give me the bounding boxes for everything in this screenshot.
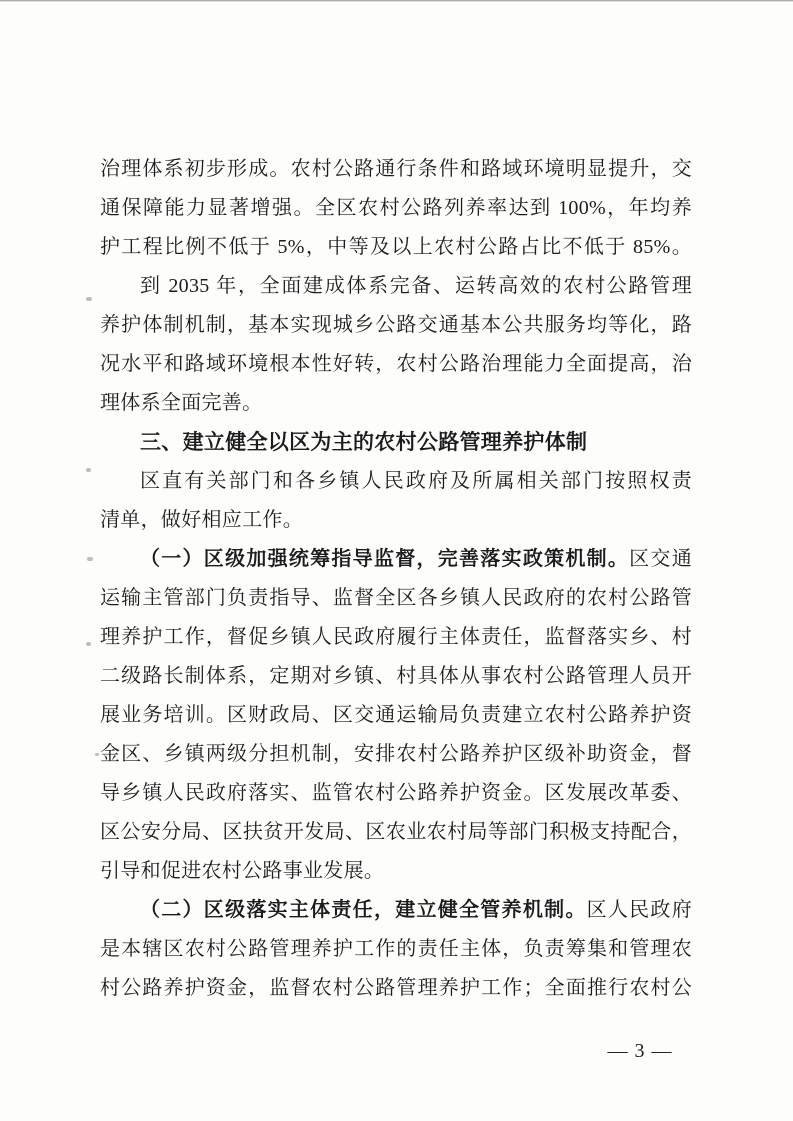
text-line: 护工程比例不低于 5%，中等及以上农村公路占比不低于 85%。	[100, 228, 692, 267]
scan-speck	[86, 642, 91, 646]
text-segment: 区直有关部门和各乡镇人民政府及所属相关部门按照权责	[140, 470, 692, 492]
page-number: — 3 —	[600, 1040, 680, 1063]
text-line: 导乡镇人民政府落实、监管农村公路养护资金。区发展改革委、	[100, 774, 692, 813]
text-segment: 展业务培训。区财政局、区交通运输局负责建立农村公路养护资	[100, 704, 692, 726]
text-line: 况水平和路域环境根本性好转，农村公路治理能力全面提高，治	[100, 345, 692, 384]
text-line: 养护体制机制，基本实现城乡公路交通基本公共服务均等化，路	[100, 306, 692, 345]
text-segment: 区公安分局、区扶贫开发局、区农业农村局等部门积极支持配合，	[100, 821, 692, 843]
text-line: 运输主管部门负责指导、监督全区各乡镇人民政府的农村公路管	[100, 579, 692, 618]
text-line: 理体系全面完善。	[100, 384, 692, 423]
text-line: 金区、乡镇两级分担机制，安排农村公路养护区级补助资金，督	[100, 735, 692, 774]
text-segment: 引导和促进农村公路事业发展。	[100, 860, 384, 882]
text-segment: 通保障能力显著增强。全区农村公路列养率达到 100%，年均养	[100, 197, 692, 219]
text-segment: 村公路养护资金，监督农村公路管理养护工作；全面推行农村公	[100, 977, 692, 999]
text-segment: 到 2035 年，全面建成体系完备、运转高效的农村公路管理	[140, 275, 692, 297]
text-line: （一）区级加强统筹指导监督，完善落实政策机制。区交通	[100, 540, 692, 579]
text-line: 二级路长制体系，定期对乡镇、村具体从事农村公路管理人员开	[100, 657, 692, 696]
text-line: （二）区级落实主体责任，建立健全管养机制。区人民政府	[100, 891, 692, 930]
text-segment: 导乡镇人民政府落实、监管农村公路养护资金。区发展改革委、	[100, 782, 692, 804]
emphasis-segment: （二）区级落实主体责任，建立健全管养机制。	[140, 899, 587, 921]
emphasis-segment: 三、建立健全以区为主的农村公路管理养护体制	[140, 431, 587, 454]
text-segment: 区人民政府	[587, 899, 692, 921]
scan-speck	[86, 468, 91, 472]
text-line: 通保障能力显著增强。全区农村公路列养率达到 100%，年均养	[100, 189, 692, 228]
text-segment: 治理体系初步形成。农村公路通行条件和路域环境明显提升，交	[100, 158, 692, 180]
text-segment: 护工程比例不低于 5%，中等及以上农村公路占比不低于 85%。	[100, 236, 692, 258]
text-segment: 理养护工作，督促乡镇人民政府履行主体责任，监督落实乡、村	[100, 626, 692, 648]
text-segment: 况水平和路域环境根本性好转，农村公路治理能力全面提高，治	[100, 353, 692, 375]
document-body: 治理体系初步形成。农村公路通行条件和路域环境明显提升，交通保障能力显著增强。全区…	[100, 150, 692, 1008]
text-segment: 清单，做好相应工作。	[100, 509, 303, 531]
text-segment: 理体系全面完善。	[100, 392, 262, 414]
text-line: 理养护工作，督促乡镇人民政府履行主体责任，监督落实乡、村	[100, 618, 692, 657]
text-segment: 金区、乡镇两级分担机制，安排农村公路养护区级补助资金，督	[100, 743, 692, 765]
text-segment: 运输主管部门负责指导、监督全区各乡镇人民政府的农村公路管	[100, 587, 692, 609]
text-line: 治理体系初步形成。农村公路通行条件和路域环境明显提升，交	[100, 150, 692, 189]
text-segment: 养护体制机制，基本实现城乡公路交通基本公共服务均等化，路	[100, 314, 692, 336]
document-page: 治理体系初步形成。农村公路通行条件和路域环境明显提升，交通保障能力显著增强。全区…	[0, 0, 793, 1121]
scan-speck	[87, 557, 93, 561]
heading-line: 三、建立健全以区为主的农村公路管理养护体制	[100, 423, 692, 462]
scan-speck	[95, 753, 99, 756]
text-line: 引导和促进农村公路事业发展。	[100, 852, 692, 891]
scan-artifact-top-edge	[0, 0, 793, 2]
text-line: 村公路养护资金，监督农村公路管理养护工作；全面推行农村公	[100, 969, 692, 1008]
text-line: 区直有关部门和各乡镇人民政府及所属相关部门按照权责	[100, 462, 692, 501]
text-line: 到 2035 年，全面建成体系完备、运转高效的农村公路管理	[100, 267, 692, 306]
text-segment: 是本辖区农村公路管理养护工作的责任主体，负责筹集和管理农	[100, 938, 692, 960]
text-line: 是本辖区农村公路管理养护工作的责任主体，负责筹集和管理农	[100, 930, 692, 969]
scan-speck	[86, 297, 92, 301]
text-line: 清单，做好相应工作。	[100, 501, 692, 540]
text-segment: 二级路长制体系，定期对乡镇、村具体从事农村公路管理人员开	[100, 665, 692, 687]
emphasis-segment: （一）区级加强统筹指导监督，完善落实政策机制。	[140, 548, 629, 570]
text-line: 区公安分局、区扶贫开发局、区农业农村局等部门积极支持配合，	[100, 813, 692, 852]
text-line: 展业务培训。区财政局、区交通运输局负责建立农村公路养护资	[100, 696, 692, 735]
text-segment: 区交通	[629, 548, 692, 570]
